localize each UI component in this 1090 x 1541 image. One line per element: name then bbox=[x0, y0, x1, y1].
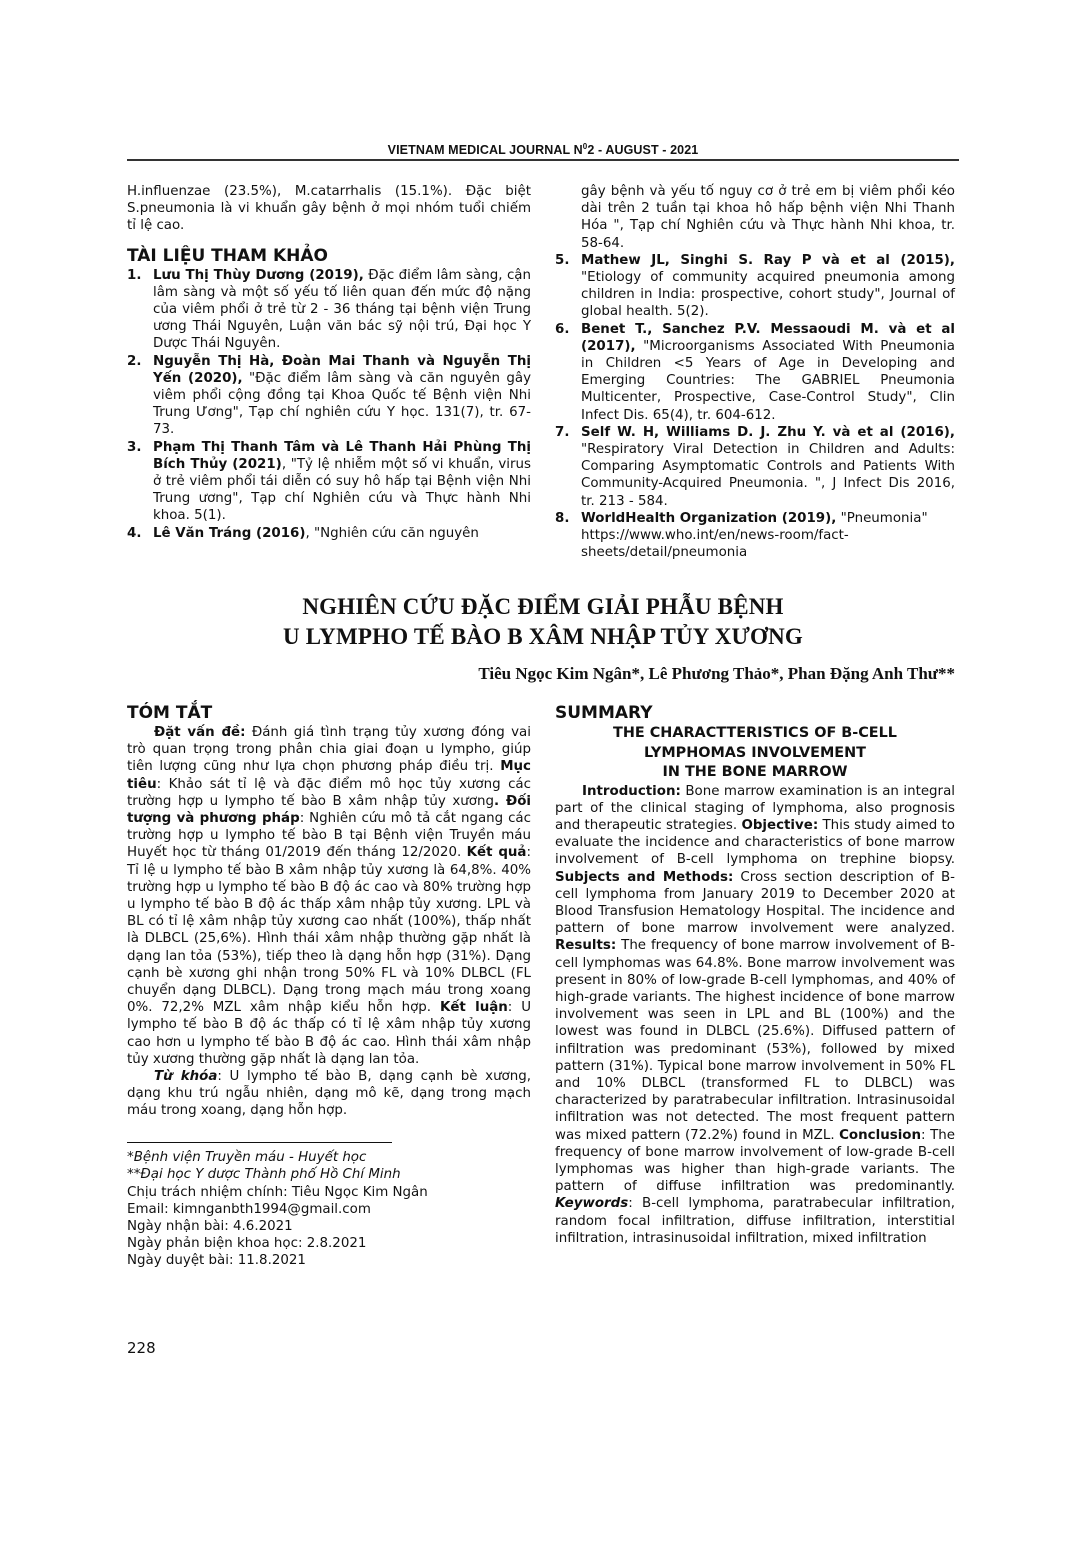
affiliation-1: *Bệnh viện Truyền máu - Huyết học bbox=[127, 1150, 366, 1165]
abstract-vi-heading: TÓM TẮT bbox=[127, 702, 531, 724]
reference-item: 1.Lưu Thị Thùy Dương (2019), Đặc điểm lâ… bbox=[127, 267, 531, 353]
article-title-line1: NGHIÊN CỨU ĐẶC ĐIỂM GIẢI PHẪU BỆNH bbox=[127, 592, 959, 622]
journal-name: VIETNAM MEDICAL JOURNAL N bbox=[388, 143, 583, 157]
page-number: 228 bbox=[127, 1339, 156, 1357]
summary-heading: SUMMARY bbox=[555, 702, 955, 724]
reference-text: "Microorganisms Associated With Pneumoni… bbox=[581, 339, 955, 423]
article-title-line2: U LYMPHO TẾ BÀO B XÂM NHẬP TỦY XƯƠNG bbox=[127, 622, 959, 652]
reference-item: 3.Phạm Thị Thanh Tâm và Lê Thanh Hải Phù… bbox=[127, 439, 531, 525]
reference-text: gây bệnh và yếu tố nguy cơ ở trẻ em bị v… bbox=[581, 184, 955, 251]
abstract-vi-column: TÓM TẮT Đặt vấn đề: Đánh giá tình trạng … bbox=[127, 702, 531, 1270]
prev-article-left-column: H.influenzae (23.5%), M.catarrhalis (15.… bbox=[127, 183, 531, 542]
article-authors: Tiêu Ngọc Kim Ngân*, Lê Phương Thảo*, Ph… bbox=[127, 663, 955, 685]
footnote-rule bbox=[127, 1142, 392, 1144]
reference-authors: Lê Văn Tráng (2016) bbox=[153, 526, 305, 541]
reference-item-continued: gây bệnh và yếu tố nguy cơ ở trẻ em bị v… bbox=[555, 183, 955, 252]
reference-item: 6.Benet T., Sanchez P.V. Messaoudi M. và… bbox=[555, 321, 955, 424]
footnotes: *Bệnh viện Truyền máu - Huyết học **Đại … bbox=[127, 1142, 531, 1270]
summary-body: Introduction: Bone marrow examination is… bbox=[555, 783, 955, 1247]
reference-list-left: 1.Lưu Thị Thùy Dương (2019), Đặc điểm lâ… bbox=[127, 267, 531, 542]
header-rule bbox=[127, 159, 959, 161]
summary-en-column: SUMMARY THE CHARACTTERISTICS OF B-CELL L… bbox=[555, 702, 955, 1247]
reference-authors: Lưu Thị Thùy Dương (2019), bbox=[153, 268, 364, 283]
received-date: Ngày nhận bài: 4.6.2021 bbox=[127, 1218, 531, 1235]
reference-authors: Mathew JL, Singhi S. Ray P và et al (201… bbox=[581, 253, 955, 268]
corresponding-author: Chịu trách nhiệm chính: Tiêu Ngọc Kim Ng… bbox=[127, 1184, 531, 1201]
prev-article-right-column: gây bệnh và yếu tố nguy cơ ở trẻ em bị v… bbox=[555, 183, 955, 561]
reference-text: "Respiratory Viral Detection in Children… bbox=[581, 442, 955, 509]
reference-item: 5.Mathew JL, Singhi S. Ray P và et al (2… bbox=[555, 252, 955, 321]
prev-article-tail: H.influenzae (23.5%), M.catarrhalis (15.… bbox=[127, 183, 531, 235]
summary-title: THE CHARACTTERISTICS OF B-CELL LYMPHOMAS… bbox=[555, 724, 955, 783]
reference-item: 8.WorldHealth Organization (2019), "Pneu… bbox=[555, 510, 955, 562]
journal-page: VIETNAM MEDICAL JOURNAL N02 - AUGUST - 2… bbox=[0, 0, 1090, 1541]
review-date: Ngày phản biện khoa học: 2.8.2021 bbox=[127, 1235, 531, 1252]
reference-item: 4.Lê Văn Tráng (2016), "Nghiên cứu căn n… bbox=[127, 525, 531, 542]
abstract-vi-keywords: Từ khóa: U lympho tế bào B, dạng cạnh bè… bbox=[127, 1068, 531, 1120]
accepted-date: Ngày duyệt bài: 11.8.2021 bbox=[127, 1252, 531, 1269]
affiliation-2: **Đại học Y dược Thành phố Hồ Chí Minh bbox=[127, 1167, 401, 1182]
reference-list-right: gây bệnh và yếu tố nguy cơ ở trẻ em bị v… bbox=[555, 183, 955, 561]
references-heading: TÀI LIỆU THAM KHẢO bbox=[127, 245, 531, 267]
reference-item: 2.Nguyễn Thị Hà, Đoàn Mai Thanh và Nguyễ… bbox=[127, 353, 531, 439]
reference-text: "Etiology of community acquired pneumoni… bbox=[581, 270, 955, 319]
journal-issue: 2 - AUGUST - 2021 bbox=[587, 143, 698, 157]
reference-authors: Self W. H, Williams D. J. Zhu Y. và et a… bbox=[581, 425, 955, 440]
abstract-vi-body: Đặt vấn đề: Đánh giá tình trạng tủy xươn… bbox=[127, 724, 531, 1068]
running-header: VIETNAM MEDICAL JOURNAL N02 - AUGUST - 2… bbox=[127, 142, 959, 157]
reference-text: , "Nghiên cứu căn nguyên bbox=[305, 526, 478, 541]
contact-email: Email: kimnganbth1994@gmail.com bbox=[127, 1201, 531, 1218]
reference-authors: WorldHealth Organization (2019), bbox=[581, 511, 836, 526]
reference-item: 7.Self W. H, Williams D. J. Zhu Y. và et… bbox=[555, 424, 955, 510]
article-title: NGHIÊN CỨU ĐẶC ĐIỂM GIẢI PHẪU BỆNH U LYM… bbox=[127, 592, 959, 652]
